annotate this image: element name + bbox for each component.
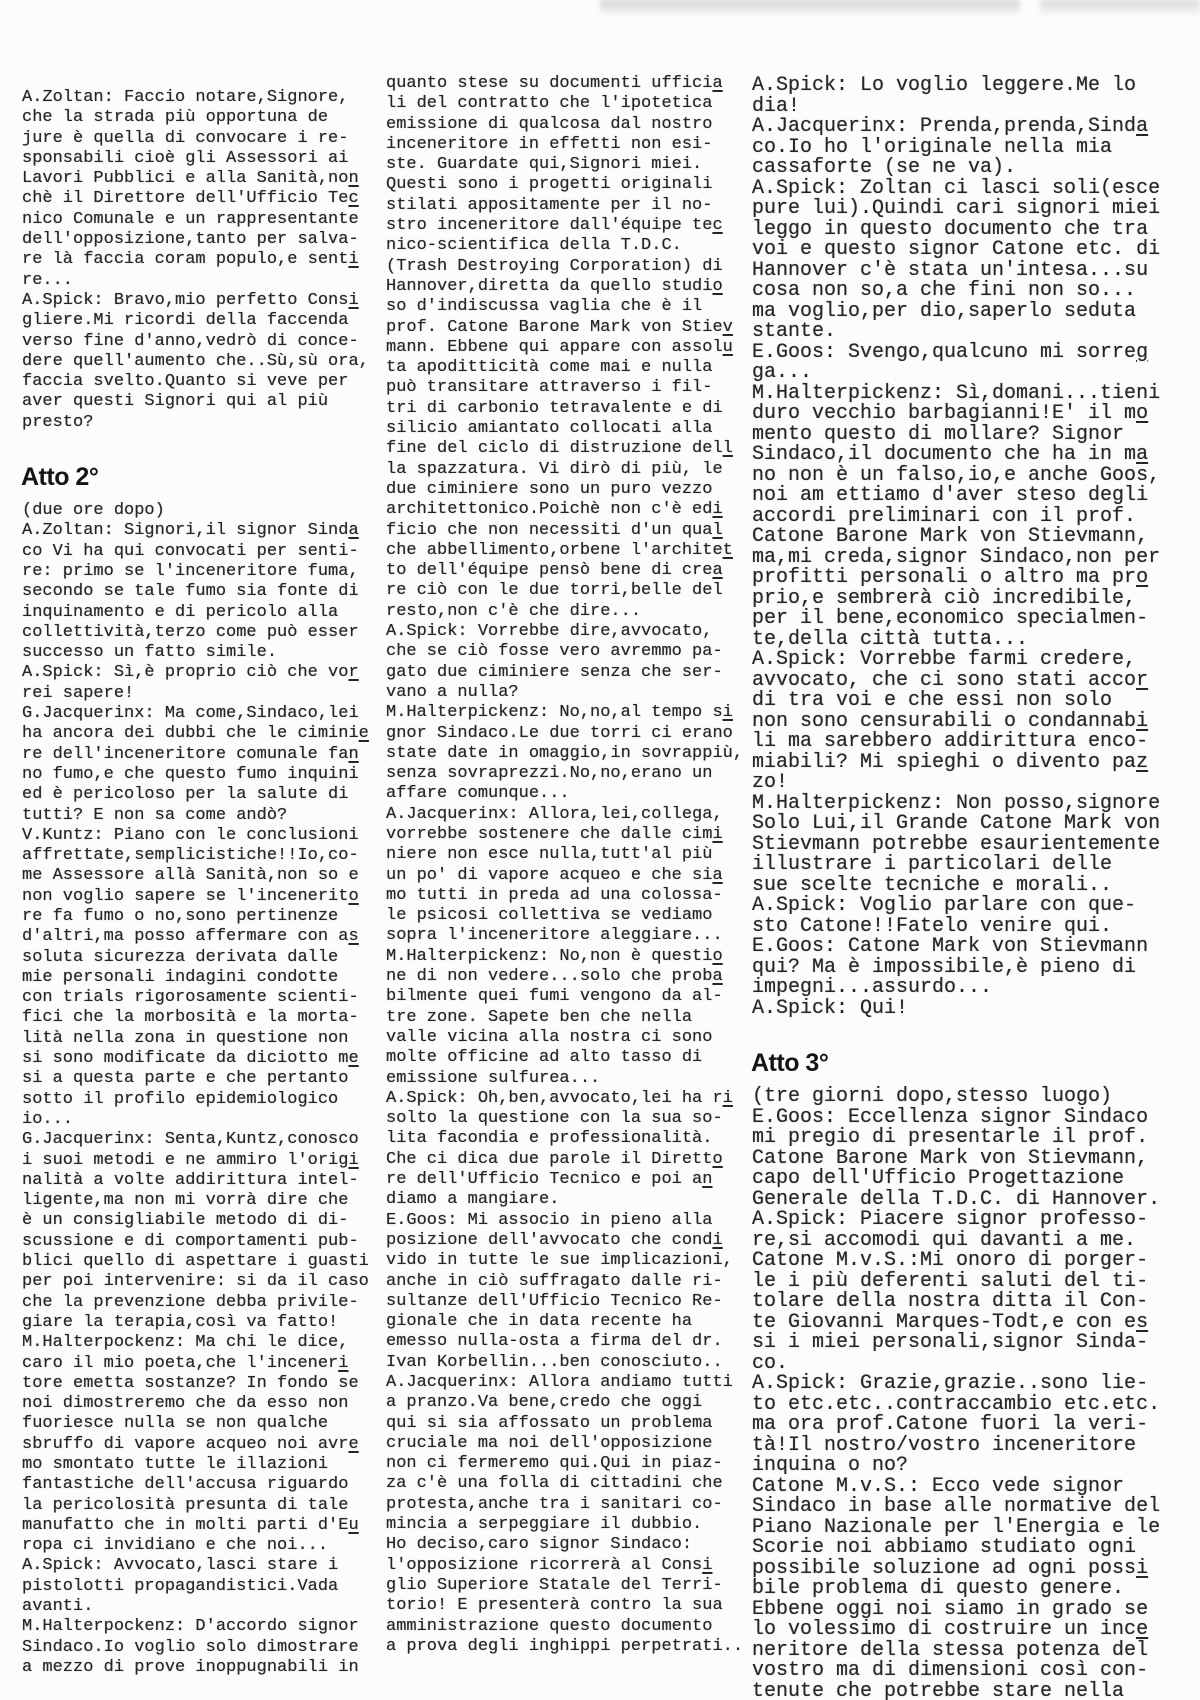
script-line: stro inceneritore dall'équipe tec bbox=[386, 216, 752, 236]
script-line: molte officine ad alto tasso di bbox=[386, 1048, 752, 1068]
script-line: bile problema di questo genere. bbox=[752, 1579, 1200, 1600]
script-line: noi am ettiamo d'aver steso degli bbox=[752, 486, 1200, 507]
script-line: A.Spick: Grazie,grazie..sono lie- bbox=[752, 1374, 1200, 1395]
script-line: mann. Ebbene qui appare con assolu bbox=[386, 338, 752, 358]
script-line: Che ci dica due parole il Diretto bbox=[386, 1150, 752, 1170]
script-line: illustrare i particolari delle bbox=[752, 855, 1200, 876]
script-line: dell'opposizione,tanto per salva- bbox=[22, 230, 385, 250]
hyphenation-underline: i bbox=[712, 1231, 722, 1250]
hyphenation-underline: u bbox=[723, 338, 733, 357]
script-line: re dell'Ufficio Tecnico e poi an bbox=[386, 1170, 752, 1190]
script-line: soluta sicurezza derivata dalle bbox=[22, 948, 385, 968]
hyphenation-underline: e bbox=[359, 724, 369, 743]
script-line: to etc.etc..contraccambio etc.etc. bbox=[752, 1395, 1200, 1416]
script-line: re ciò con le due torri,belle del bbox=[386, 581, 752, 601]
script-line: dia! bbox=[752, 97, 1200, 118]
script-line: V.Kuntz: Piano con le conclusioni bbox=[22, 826, 385, 846]
hyphenation-underline: o bbox=[712, 947, 722, 966]
script-line: gliere.Mi ricordi della faccenda bbox=[22, 311, 385, 331]
hyphenation-underline: i bbox=[1136, 1557, 1148, 1580]
script-line: ha ancora dei dubbi che le ciminie bbox=[22, 724, 385, 744]
script-line: state date in omaggio,in sovrappiù, bbox=[386, 744, 752, 764]
script-line: dere quell'aumento che..Sù,sù ora, bbox=[22, 352, 385, 372]
hyphenation-underline: s bbox=[348, 927, 358, 946]
script-line: a pranzo.Va bene,credo che oggi bbox=[386, 1393, 752, 1413]
script-line: a prova degli inghippi perpetrati.. bbox=[386, 1637, 752, 1657]
script-line: non sono censurabili o condannabi bbox=[752, 712, 1200, 733]
script-line: sotto il profilo epidemiologico bbox=[22, 1090, 385, 1110]
script-line: Solo Lui,il Grande Catone Mark von bbox=[752, 814, 1200, 835]
script-line: pure lui).Quindi cari signori miei bbox=[752, 199, 1200, 220]
script-line: silicio amiantato collocati alla bbox=[386, 419, 752, 439]
script-line: jure è quella di convocare i re- bbox=[22, 129, 385, 149]
hyphenation-underline: c bbox=[348, 189, 358, 208]
script-line: G.Jacquerinx: Senta,Kuntz,conosco bbox=[22, 1130, 385, 1150]
script-line: ga... bbox=[752, 363, 1200, 384]
script-line: mo tutti in preda ad una colossa- bbox=[386, 886, 752, 906]
script-line: duro vecchio barbagianni!E' il mo bbox=[752, 404, 1200, 425]
script-line: che la strada più opportuna de bbox=[22, 108, 385, 128]
hyphenation-underline: n bbox=[702, 1170, 712, 1189]
script-line: non voglio sapere se l'incenerito bbox=[22, 887, 385, 907]
script-line: che la prevenzione debba privile- bbox=[22, 1293, 385, 1313]
script-column-right: A.Spick: Lo voglio leggere.Me lodia!A.Ja… bbox=[752, 76, 1200, 1700]
hyphenation-underline: i bbox=[348, 250, 358, 269]
script-line: che abbellimento,orbene l'architet bbox=[386, 541, 752, 561]
script-line: di tra voi e che essi non solo bbox=[752, 691, 1200, 712]
script-line: (Trash Destroying Corporation) di bbox=[386, 257, 752, 277]
script-line: A.Jacquerinx: Allora,lei,collega, bbox=[386, 805, 752, 825]
script-line: sto Catone!!Fatelo venire qui. bbox=[752, 917, 1200, 938]
hyphenation-underline: v bbox=[723, 318, 733, 337]
hyphenation-underline: o bbox=[348, 887, 358, 906]
script-line: un po' di vapore acqueo e che sia bbox=[386, 866, 752, 886]
script-line: amministrazione questo documento bbox=[386, 1617, 752, 1637]
script-line: blici quello di aspettare i guasti bbox=[22, 1252, 385, 1272]
script-line: A.Spick: Avvocato,lasci stare i bbox=[22, 1556, 385, 1576]
script-line: a mezzo di prove inoppugnabili in bbox=[22, 1658, 385, 1678]
hyphenation-underline: i bbox=[348, 291, 358, 310]
script-line: Generale della T.D.C. di Hannover. bbox=[752, 1190, 1200, 1211]
script-line: A.Spick: Sì,è proprio ciò che vor bbox=[22, 663, 385, 683]
script-line: rei sapere! bbox=[22, 684, 385, 704]
script-line: sue scelte tecniche e morali.. bbox=[752, 876, 1200, 897]
script-line: può transitare attraverso i fil- bbox=[386, 378, 752, 398]
script-line: senza sovraprezzi.No,no,erano un bbox=[386, 764, 752, 784]
script-line: fine del ciclo di distruzione dell bbox=[386, 439, 752, 459]
script-line: re fa fumo o no,sono pertinenze bbox=[22, 907, 385, 927]
script-column-left: A.Zoltan: Faccio notare,Signore,che la s… bbox=[22, 88, 385, 1678]
scan-smudge bbox=[1040, 0, 1200, 16]
script-line: M.Halterpickenz: Sì,domani...tieni bbox=[752, 384, 1200, 405]
scanned-script-page: A.Zoltan: Faccio notare,Signore,che la s… bbox=[0, 0, 1200, 1700]
script-line: gionale che in data recente ha bbox=[386, 1312, 752, 1332]
script-line: fuoriesce nulla se non qualche bbox=[22, 1414, 385, 1434]
script-line: cassaforte (se ne va). bbox=[752, 158, 1200, 179]
script-line: diamo a mangiare. bbox=[386, 1190, 752, 1210]
script-line: A.Zoltan: Faccio notare,Signore, bbox=[22, 88, 385, 108]
hyphenation-underline: i bbox=[702, 1556, 712, 1575]
script-column-middle: quanto stese su documenti ufficiali del … bbox=[386, 74, 752, 1657]
script-line: possibile soluzione ad ogni possi bbox=[752, 1559, 1200, 1580]
script-line: mincia a serpeggiare il dubbio. bbox=[386, 1515, 752, 1535]
script-line: re... bbox=[22, 271, 385, 291]
script-line: inceneritore in effetti non esi- bbox=[386, 135, 752, 155]
script-line: cruciale ma noi dell'opposizione bbox=[386, 1434, 752, 1454]
hyphenation-underline: r bbox=[1136, 669, 1148, 692]
script-line: posizione dell'avvocato che condi bbox=[386, 1231, 752, 1251]
script-line: ne di non vedere...solo che proba bbox=[386, 967, 752, 987]
script-line: qui si sia affossato un problema bbox=[386, 1414, 752, 1434]
hyphenation-underline: z bbox=[1136, 751, 1148, 774]
script-line: li ma sarebbero addirittura enco- bbox=[752, 732, 1200, 753]
act-heading: Atto 2° bbox=[21, 464, 385, 490]
script-line: M.Halterpockenz: Ma chi le dice, bbox=[22, 1333, 385, 1353]
script-line: architettonico.Poichè non c'è edi bbox=[386, 500, 752, 520]
script-line: A.Spick: Qui! bbox=[752, 999, 1200, 1020]
hyphenation-underline: t bbox=[723, 541, 733, 560]
script-line: verso fine d'anno,vedrò di conce- bbox=[22, 332, 385, 352]
script-line: Scorie noi abbiamo studiato ogni bbox=[752, 1538, 1200, 1559]
script-line: per poi intervenire: si da il caso bbox=[22, 1272, 385, 1292]
script-line: re là faccia coram populo,e senti bbox=[22, 250, 385, 270]
script-line: nalità a volte addirittura intel- bbox=[22, 1171, 385, 1191]
scan-smudge bbox=[600, 0, 1020, 16]
hyphenation-underline: i bbox=[723, 1089, 733, 1108]
script-line: neritore della stessa potenza del bbox=[752, 1641, 1200, 1662]
script-line: re: primo se l'inceneritore fuma, bbox=[22, 562, 385, 582]
script-line: bilmente quei fumi vengono da al- bbox=[386, 987, 752, 1007]
hyphenation-underline: i bbox=[723, 703, 733, 722]
script-line: gato due ciminiere senza che ser- bbox=[386, 663, 752, 683]
script-line: avanti. bbox=[22, 1597, 385, 1617]
script-line: mento questo di mollare? Signor bbox=[752, 425, 1200, 446]
script-line: quanto stese su documenti ufficia bbox=[386, 74, 752, 94]
hyphenation-underline: e bbox=[1136, 1618, 1148, 1641]
script-line: scussione e di comportamenti pub- bbox=[22, 1232, 385, 1252]
script-line: le psicosi collettiva se vediamo bbox=[386, 906, 752, 926]
script-line: tre zone. Sapete ben che nella bbox=[386, 1008, 752, 1028]
script-line: collettività,terzo come può esser bbox=[22, 623, 385, 643]
script-line: impegni...assurdo... bbox=[752, 978, 1200, 999]
script-line: A.Spick: Lo voglio leggere.Me lo bbox=[752, 76, 1200, 97]
script-line: E.Goos: Catone Mark von Stievmann bbox=[752, 937, 1200, 958]
script-line: glio Superiore Statale del Terri- bbox=[386, 1576, 752, 1596]
hyphenation-underline: i bbox=[712, 500, 722, 519]
script-line: G.Jacquerinx: Ma come,Sindaco,lei bbox=[22, 704, 385, 724]
script-line: nico-scientifica della T.D.C. bbox=[386, 236, 752, 256]
script-line: A.Spick: Vorrebbe farmi credere, bbox=[752, 650, 1200, 671]
script-line: tà!Il nostro/vostro inceneritore bbox=[752, 1436, 1200, 1457]
hyphenation-underline: a bbox=[712, 866, 722, 885]
script-line: M.Halterpickenz: Non posso,signore bbox=[752, 794, 1200, 815]
hyphenation-underline: n bbox=[348, 169, 358, 188]
script-line: ma,mi creda,signor Sindaco,non per bbox=[752, 548, 1200, 569]
script-line: Catone Barone Mark von Stievmann, bbox=[752, 527, 1200, 548]
script-line: Sindaco,il documento che ha in ma bbox=[752, 445, 1200, 466]
script-line: noi dimostreremo che da esso non bbox=[22, 1394, 385, 1414]
script-line: so d'indiscussa vaglia che è il bbox=[386, 297, 752, 317]
script-line: ed è pericoloso per la salute di bbox=[22, 785, 385, 805]
script-line: (tre giorni dopo,stesso luogo) bbox=[752, 1087, 1200, 1108]
script-line: affrettate,semplicistiche!!Io,co- bbox=[22, 846, 385, 866]
script-line: si a questa parte e che pertanto bbox=[22, 1069, 385, 1089]
script-line: me Assessore allà Sanità,non so e bbox=[22, 866, 385, 886]
script-line: Catone Barone Mark von Stievmann, bbox=[752, 1149, 1200, 1170]
script-line: mie personali indagini condotte bbox=[22, 968, 385, 988]
script-line: zo! bbox=[752, 773, 1200, 794]
script-line: caro il mio poeta,che l'inceneri bbox=[22, 1354, 385, 1374]
script-line: le i più deferenti saluti del ti- bbox=[752, 1272, 1200, 1293]
script-line: ma voglio,per dio,saperlo seduta bbox=[752, 302, 1200, 323]
script-line: fantastiche dell'accusa riguardo bbox=[22, 1475, 385, 1495]
script-line: tutti? E non sa come andò? bbox=[22, 806, 385, 826]
hyphenation-underline: e bbox=[348, 1435, 358, 1454]
script-line: inquina o no? bbox=[752, 1456, 1200, 1477]
script-line: due ciminiere sono un puro vezzo bbox=[386, 480, 752, 500]
script-line: mo smontato tutte le illazioni bbox=[22, 1455, 385, 1475]
hyphenation-underline: i bbox=[348, 1151, 358, 1170]
script-line: Catone M.v.S.: Ecco vede signor bbox=[752, 1477, 1200, 1498]
hyphenation-underline: l bbox=[712, 521, 722, 540]
hyphenation-underline: a bbox=[1136, 443, 1148, 466]
script-line: leggo in questo documento che tra bbox=[752, 220, 1200, 241]
script-line: è un consigliabile metodo di di- bbox=[22, 1211, 385, 1231]
hyphenation-underline: n bbox=[348, 745, 358, 764]
script-line: si i miei personali,signor Sinda- bbox=[752, 1333, 1200, 1354]
script-line: voi e questo signor Catone etc. di bbox=[752, 240, 1200, 261]
script-line: M.Halterpockenz: D'accordo signor bbox=[22, 1617, 385, 1637]
script-line: chè il Direttore dell'Ufficio Tec bbox=[22, 189, 385, 209]
script-line: nico Comunale e un rappresentante bbox=[22, 210, 385, 230]
script-line: prio,e sembrerà ciò incredibile, bbox=[752, 589, 1200, 610]
script-line: A.Spick: Oh,ben,avvocato,lei ha ri bbox=[386, 1089, 752, 1109]
hyphenation-underline: e bbox=[348, 1049, 358, 1068]
script-line: protesta,anche tra i sanitari co- bbox=[386, 1495, 752, 1515]
script-line: inquinamento e di pericolo alla bbox=[22, 603, 385, 623]
script-line: con trials rigorosamente scienti- bbox=[22, 988, 385, 1008]
script-line: M.Halterpickenz: No,no,al tempo si bbox=[386, 703, 752, 723]
script-line: te Giovanni Marques-Todt,e con es bbox=[752, 1313, 1200, 1334]
script-line: la spazzatura. Vi dirò di più, le bbox=[386, 460, 752, 480]
hyphenation-underline: o bbox=[1136, 402, 1148, 425]
hyphenation-underline: l bbox=[723, 439, 733, 458]
script-line: miabili? Mi spieghi o divento paz bbox=[752, 753, 1200, 774]
script-line: sopra l'inceneritore aleggiare... bbox=[386, 926, 752, 946]
script-line: aver questi Signori qui al più bbox=[22, 392, 385, 412]
script-line: no non è un falso,io,e anche Goos, bbox=[752, 466, 1200, 487]
script-line: avvocato, che ci sono stati accor bbox=[752, 671, 1200, 692]
script-line: la pericolosità presunta di tale bbox=[22, 1496, 385, 1516]
script-line: affare comunque... bbox=[386, 784, 752, 804]
hyphenation-underline: c bbox=[712, 216, 722, 235]
script-line: vostro ma di dimensioni così con- bbox=[752, 1661, 1200, 1682]
script-line: re dell'inceneritore comunale fan bbox=[22, 745, 385, 765]
script-line: M.Halterpickenz: No,non è questio bbox=[386, 947, 752, 967]
script-line: vido in tutte le sue implicazioni, bbox=[386, 1251, 752, 1271]
script-line: vorrebbe sostenere che dalle cimi bbox=[386, 825, 752, 845]
script-line: co.Io ho l'originale nella mia bbox=[752, 138, 1200, 159]
script-line: ficio che non necessiti d'un qual bbox=[386, 521, 752, 541]
script-line: si sono modificate da diciotto me bbox=[22, 1049, 385, 1069]
script-line: fici che la morbosità e la morta- bbox=[22, 1008, 385, 1028]
script-line: stilati appositamente per il no- bbox=[386, 196, 752, 216]
script-line: E.Goos: Mi associo in pieno alla bbox=[386, 1211, 752, 1231]
script-line: emissione di qualcosa dal nostro bbox=[386, 115, 752, 135]
script-line: A.Jacquerinx: Prenda,prenda,Sinda bbox=[752, 117, 1200, 138]
script-line: A.Zoltan: Signori,il signor Sinda bbox=[22, 521, 385, 541]
hyphenation-underline: o bbox=[712, 277, 722, 296]
script-line: cosa non so,a che fini non so... bbox=[752, 281, 1200, 302]
script-line: A.Spick: Vorrebbe dire,avvocato, bbox=[386, 622, 752, 642]
hyphenation-underline: u bbox=[348, 1516, 358, 1535]
hyphenation-underline: i bbox=[338, 1354, 348, 1373]
script-line: presto? bbox=[22, 413, 385, 433]
script-line: lità nella zona in questione non bbox=[22, 1029, 385, 1049]
hyphenation-underline: i bbox=[712, 825, 722, 844]
script-line: profitti personali o altro ma pro bbox=[752, 568, 1200, 589]
hyphenation-underline: g bbox=[1136, 341, 1148, 364]
script-line: emissione sulfurea... bbox=[386, 1069, 752, 1089]
hyphenation-underline: a bbox=[1136, 115, 1148, 138]
script-line: io... bbox=[22, 1110, 385, 1130]
script-line: A.Jacquerinx: Allora andiamo tutti bbox=[386, 1373, 752, 1393]
script-line: li del contratto che l'ipotetica bbox=[386, 94, 752, 114]
hyphenation-underline: a bbox=[348, 521, 358, 540]
script-line: sponsabili cioè gli Assessori ai bbox=[22, 149, 385, 169]
script-line: successo un fatto simile. bbox=[22, 643, 385, 663]
script-line: prof. Catone Barone Mark von Stiev bbox=[386, 318, 752, 338]
script-line: tolare della nostra ditta il Con- bbox=[752, 1292, 1200, 1313]
hyphenation-underline: r bbox=[348, 663, 358, 682]
script-line: che se ciò fosse vero avremmo pa- bbox=[386, 642, 752, 662]
script-line: faccia svelto.Quanto si veve per bbox=[22, 372, 385, 392]
script-line: Sindaco in base alle normative del bbox=[752, 1497, 1200, 1518]
script-line: i suoi metodi e ne ammiro l'origi bbox=[22, 1151, 385, 1171]
script-line: Stievmann potrebbe esaurientemente bbox=[752, 835, 1200, 856]
script-line: gnor Sindaco.Le due torri ci erano bbox=[386, 724, 752, 744]
script-line: A.Spick: Piacere signor professo- bbox=[752, 1210, 1200, 1231]
script-line: (due ore dopo) bbox=[22, 501, 385, 521]
script-line: l'opposizione ricorrerà al Consi bbox=[386, 1556, 752, 1576]
script-line: accordi preliminari con il prof. bbox=[752, 507, 1200, 528]
script-line: pistolotti propagandistici.Vada bbox=[22, 1577, 385, 1597]
script-line: torio! E presenterà contro la sua bbox=[386, 1596, 752, 1616]
script-line: giare la terapia,così va fatto! bbox=[22, 1313, 385, 1333]
script-line: anche in ciò suffragato dalle ri- bbox=[386, 1272, 752, 1292]
script-line: Questi sono i progetti originali bbox=[386, 175, 752, 195]
script-line: Hannover c'è stata un'intesa...su bbox=[752, 261, 1200, 282]
script-line: sbruffo di vapore acqueo noi avre bbox=[22, 1435, 385, 1455]
script-line: Ho deciso,caro signor Sindaco: bbox=[386, 1535, 752, 1555]
script-line: za c'è una folla di cittadini che bbox=[386, 1474, 752, 1494]
script-line: niere non esce nulla,tutt'al più bbox=[386, 845, 752, 865]
script-line: A.Spick: Bravo,mio perfetto Consi bbox=[22, 291, 385, 311]
script-line: ropa ci invidiano e che noi... bbox=[22, 1536, 385, 1556]
script-line: co. bbox=[752, 1354, 1200, 1375]
script-line: A.Spick: Zoltan ci lasci soli(esce bbox=[752, 179, 1200, 200]
script-line: tri di carbonio tetravalente e di bbox=[386, 399, 752, 419]
script-line: d'altri,ma posso affermare con as bbox=[22, 927, 385, 947]
script-line: Sindaco.Io voglio solo dimostrare bbox=[22, 1638, 385, 1658]
script-line: co Vi ha qui convocati per senti- bbox=[22, 542, 385, 562]
script-line: mi pregio di presentarle il prof. bbox=[752, 1128, 1200, 1149]
script-line: Hannover,diretta da quello studio bbox=[386, 277, 752, 297]
hyphenation-underline: o bbox=[712, 1150, 722, 1169]
script-line: E.Goos: Eccellenza signor Sindaco bbox=[752, 1108, 1200, 1129]
script-line: ste. Guardate qui,Signori miei. bbox=[386, 155, 752, 175]
act-heading: Atto 3° bbox=[751, 1050, 1200, 1076]
script-line: ta apoditticità come mai e nulla bbox=[386, 358, 752, 378]
hyphenation-underline: a bbox=[712, 561, 722, 580]
hyphenation-underline: a bbox=[712, 74, 722, 93]
script-line: te,della città tutta... bbox=[752, 630, 1200, 651]
script-line: re,si accomodi qui davanti a me. bbox=[752, 1231, 1200, 1252]
script-line: ma ora prof.Catone fuori la veri- bbox=[752, 1415, 1200, 1436]
script-line: tenute che potrebbe stare nella bbox=[752, 1682, 1200, 1700]
script-line: secondo se tale fumo sia fonte di bbox=[22, 582, 385, 602]
script-line: stante. bbox=[752, 322, 1200, 343]
hyphenation-underline: o bbox=[1136, 566, 1148, 589]
script-line: tore emetta sostanze? In fondo se bbox=[22, 1374, 385, 1394]
script-line: qui? Ma è impossibile,è pieno di bbox=[752, 958, 1200, 979]
script-line: Piano Nazionale per l'Energia e le bbox=[752, 1518, 1200, 1539]
script-line: E.Goos: Svengo,qualcuno mi sorreg bbox=[752, 343, 1200, 364]
script-line: ligente,ma non mi vorrà dire che bbox=[22, 1191, 385, 1211]
script-line: lo volessimo di costruire un ince bbox=[752, 1620, 1200, 1641]
hyphenation-underline: a bbox=[712, 967, 722, 986]
script-line: Catone M.v.S.:Mi onoro di porger- bbox=[752, 1251, 1200, 1272]
script-line: Ivan Korbellin...ben conosciuto.. bbox=[386, 1353, 752, 1373]
script-line: sultanze dell'Ufficio Tecnico Re- bbox=[386, 1292, 752, 1312]
script-line: lita facondia e professionalità. bbox=[386, 1129, 752, 1149]
script-line: per il bene,economico specialmen- bbox=[752, 609, 1200, 630]
script-line: no fumo,e che questo fumo inquini bbox=[22, 765, 385, 785]
script-line: A.Spick: Voglio parlare con que- bbox=[752, 896, 1200, 917]
script-line: capo dell'Ufficio Progettazione bbox=[752, 1169, 1200, 1190]
script-line: valle vicina alla nostra ci sono bbox=[386, 1028, 752, 1048]
script-line: solto la questione con la sua so- bbox=[386, 1109, 752, 1129]
script-line: non ci fermeremo qui.Qui in piaz- bbox=[386, 1454, 752, 1474]
script-line: Lavori Pubblici e alla Sanità,non bbox=[22, 169, 385, 189]
script-line: manufatto che in molti parti d'Eu bbox=[22, 1516, 385, 1536]
script-line: vano a nulla? bbox=[386, 683, 752, 703]
script-line: resto,non c'è che dire... bbox=[386, 602, 752, 622]
script-line: Ebbene oggi noi siamo in grado se bbox=[752, 1600, 1200, 1621]
script-line: to dell'équipe pensò bene di crea bbox=[386, 561, 752, 581]
script-line: emesso nulla-osta a firma del dr. bbox=[386, 1332, 752, 1352]
